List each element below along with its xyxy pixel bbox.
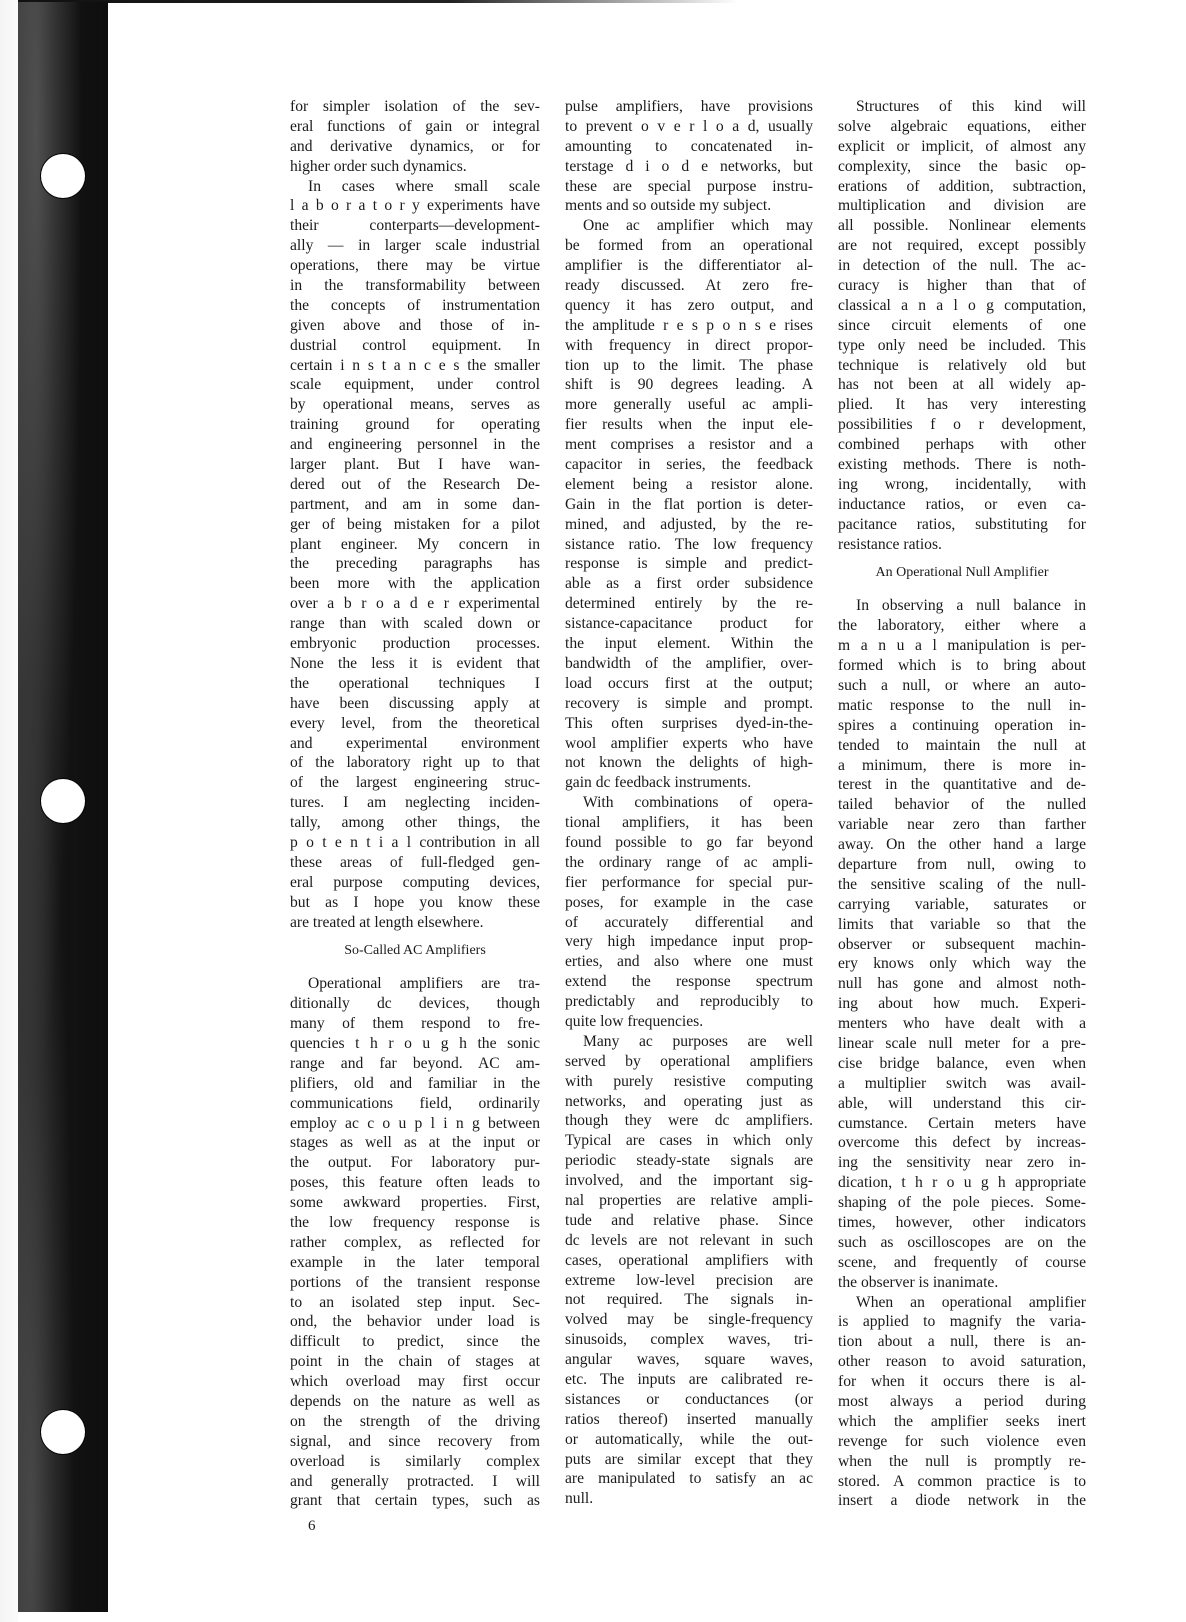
text-line: quency it has zero output, and	[565, 296, 813, 316]
text-line: technique is relatively old but	[838, 356, 1086, 376]
text-line: null has gone and almost noth-	[838, 974, 1086, 994]
text-line: load occurs first at the output;	[565, 674, 813, 694]
text-line: sistance-capacitance product for	[565, 614, 813, 634]
text-line: though they were dc amplifiers.	[565, 1111, 813, 1131]
text-line: the preceding paragraphs has	[290, 554, 540, 574]
scan-margin	[0, 0, 18, 1622]
text-line: are not required, except possibly	[838, 236, 1086, 256]
text-line: l a b o r a t o r y experiments have	[290, 196, 540, 216]
text-line: times, however, other indicators	[838, 1213, 1086, 1233]
text-line: since circuit elements of one	[838, 316, 1086, 336]
text-line: inductance ratios, or even ca-	[838, 495, 1086, 515]
text-line: element being a resistor alone.	[565, 475, 813, 495]
text-line: in the transformability between	[290, 276, 540, 296]
text-line: bandwidth of the amplifier, over-	[565, 654, 813, 674]
text-line: angular waves, square waves,	[565, 1350, 813, 1370]
text-line: quencies t h r o u g h the sonic	[290, 1034, 540, 1054]
text-line: cumstance. Certain meters have	[838, 1114, 1086, 1134]
text-line: tude and relative phase. Since	[565, 1211, 813, 1231]
text-line: other reason to avoid saturation,	[838, 1352, 1086, 1372]
text-line: capacitor in series, the feedback	[565, 455, 813, 475]
text-line: example in the later temporal	[290, 1253, 540, 1273]
text-line: scene, and frequently of course	[838, 1253, 1086, 1273]
text-line: ing the sensitivity near zero in-	[838, 1153, 1086, 1173]
punch-hole-icon	[41, 154, 85, 198]
text-line: but as I hope you know these	[290, 893, 540, 913]
text-line: dustrial control equipment. In	[290, 336, 540, 356]
text-line: complexity, since the basic op-	[838, 157, 1086, 177]
text-line: such as oscilloscopes are on the	[838, 1233, 1086, 1253]
text-line: and engineering personnel in the	[290, 435, 540, 455]
text-line: determined entirely by the re-	[565, 594, 813, 614]
text-line: embryonic production processes.	[290, 634, 540, 654]
text-line: many of them respond to fre-	[290, 1014, 540, 1034]
text-line: networks, and operating just as	[565, 1092, 813, 1112]
text-line: higher order such dynamics.	[290, 157, 540, 177]
paragraph: for simpler isolation of the sev-eral fu…	[290, 97, 540, 177]
text-line: a multiplier switch was avail-	[838, 1074, 1086, 1094]
binder-strip	[18, 2, 108, 1612]
text-line: are manipulated to satisfy an ac	[565, 1469, 813, 1489]
text-line: involved, and the important sig-	[565, 1171, 813, 1191]
text-line: the ordinary range of ac ampli-	[565, 853, 813, 873]
text-line: recovery is simple and prompt.	[565, 694, 813, 714]
text-line: is applied to magnify the varia-	[838, 1312, 1086, 1332]
text-line: signal, and since recovery from	[290, 1432, 540, 1452]
text-line: tended to maintain the null at	[838, 736, 1086, 756]
text-line: existing methods. There is noth-	[838, 455, 1086, 475]
text-line: by operational means, serves as	[290, 395, 540, 415]
text-line: insert a diode network in the	[838, 1491, 1086, 1511]
paragraph: Structures of this kind willsolve algebr…	[838, 97, 1086, 554]
text-line: None the less it is evident that	[290, 654, 540, 674]
text-line: plied. It has very interesting	[838, 395, 1086, 415]
text-line: ally — in larger scale industrial	[290, 236, 540, 256]
text-line: tion about a null, there is an-	[838, 1332, 1086, 1352]
text-line: poses, for example in the case	[565, 893, 813, 913]
text-line: Operational amplifiers are tra-	[290, 974, 540, 994]
text-line: This often surprises dyed-in-the-	[565, 714, 813, 734]
text-line: carrying variable, saturates or	[838, 895, 1086, 915]
text-line: communications field, ordinarily	[290, 1094, 540, 1114]
text-line: linear scale null meter for a pre-	[838, 1034, 1086, 1054]
text-line: tures. I am neglecting inciden-	[290, 793, 540, 813]
text-line: Many ac purposes are well	[565, 1032, 813, 1052]
text-line: all possible. Nonlinear elements	[838, 216, 1086, 236]
text-line: tally, among other things, the	[290, 813, 540, 833]
paragraph: In observing a null balance inthe labora…	[838, 596, 1086, 1292]
text-line: pacitance ratios, substituting for	[838, 515, 1086, 535]
text-line: cases, operational amplifiers with	[565, 1251, 813, 1271]
text-line: terstage d i o d e networks, but	[565, 157, 813, 177]
text-line: some awkward properties. First,	[290, 1193, 540, 1213]
text-line: of accurately differential and	[565, 913, 813, 933]
text-line: tailed behavior of the nulled	[838, 795, 1086, 815]
text-line: shaping of the pole pieces. Some-	[838, 1193, 1086, 1213]
text-line: In observing a null balance in	[838, 596, 1086, 616]
text-line: ment comprises a resistor and a	[565, 435, 813, 455]
text-line: mined, and adjusted, by the re-	[565, 515, 813, 535]
text-line: cise bridge balance, even when	[838, 1054, 1086, 1074]
text-line: not known the delights of high-	[565, 753, 813, 773]
text-line: limits that variable so that the	[838, 915, 1086, 935]
text-line: for when it occurs there is al-	[838, 1372, 1086, 1392]
text-line: observer or subsequent machin-	[838, 935, 1086, 955]
text-line: volved may be single-frequency	[565, 1310, 813, 1330]
punch-hole-icon	[41, 1410, 85, 1454]
text-line: served by operational amplifiers	[565, 1052, 813, 1072]
text-line: etc. The inputs are calibrated re-	[565, 1370, 813, 1390]
text-line: puts are similar except that they	[565, 1450, 813, 1470]
text-line: partment, and am in some dan-	[290, 495, 540, 515]
text-line: more generally useful ac ampli-	[565, 395, 813, 415]
text-line: these areas of full-fledged gen-	[290, 853, 540, 873]
text-line: the output. For laboratory pur-	[290, 1153, 540, 1173]
text-line: larger plant. But I have wan-	[290, 455, 540, 475]
text-line: explicit or implicit, of almost any	[838, 137, 1086, 157]
section-heading: An Operational Null Amplifier	[838, 563, 1086, 583]
text-line: the laboratory, either where a	[838, 616, 1086, 636]
text-line: ing wrong, incidentally, with	[838, 475, 1086, 495]
text-line: Structures of this kind will	[838, 97, 1086, 117]
text-line: dc levels are not relevant in such	[565, 1231, 813, 1251]
text-line: employ ac c o u p l i n g between	[290, 1114, 540, 1134]
text-line: ments and so outside my subject.	[565, 196, 813, 216]
text-line: plifiers, old and familiar in the	[290, 1074, 540, 1094]
text-line: extend the response spectrum	[565, 972, 813, 992]
text-line: when the null is promptly re-	[838, 1452, 1086, 1472]
text-line: training ground for operating	[290, 415, 540, 435]
text-line: shift is 90 degrees leading. A	[565, 375, 813, 395]
text-line: has not been at all widely ap-	[838, 375, 1086, 395]
text-line: fier performance for special pur-	[565, 873, 813, 893]
text-line: departure from null, owing to	[838, 855, 1086, 875]
text-line: ing about how much. Experi-	[838, 994, 1086, 1014]
text-line: and generally protracted. I will	[290, 1472, 540, 1492]
text-line: these are special purpose instru-	[565, 177, 813, 197]
text-line: ger of being mistaken for a pilot	[290, 515, 540, 535]
text-line: be formed from an operational	[565, 236, 813, 256]
text-line: depends on the nature as well as	[290, 1392, 540, 1412]
text-line: When an operational amplifier	[838, 1293, 1086, 1313]
text-line: gain dc feedback instruments.	[565, 773, 813, 793]
text-line: range than with scaled down or	[290, 614, 540, 634]
text-line: given above and those of in-	[290, 316, 540, 336]
text-line: resistance ratios.	[838, 535, 1086, 555]
text-line: quite low frequencies.	[565, 1012, 813, 1032]
text-line: multiplication and division are	[838, 196, 1086, 216]
text-line: of the largest engineering struc-	[290, 773, 540, 793]
paragraph: In cases where small scalel a b o r a t …	[290, 177, 540, 933]
text-column-3: Structures of this kind willsolve algebr…	[838, 97, 1086, 1511]
text-line: formed which is to bring about	[838, 656, 1086, 676]
text-column-1: for simpler isolation of the sev-eral fu…	[290, 97, 540, 1511]
text-line: of the laboratory right up to that	[290, 753, 540, 773]
text-line: p o t e n t i a l contribution in all	[290, 833, 540, 853]
text-line: grant that certain types, such as	[290, 1491, 540, 1511]
text-line: the sensitive scaling of the null-	[838, 875, 1086, 895]
text-line: rather complex, as reflected for	[290, 1233, 540, 1253]
text-line: operations, there may be virtue	[290, 256, 540, 276]
paragraph: When an operational amplifieris applied …	[838, 1293, 1086, 1512]
text-line: able, will understand this cir-	[838, 1094, 1086, 1114]
text-line: plant engineer. My concern in	[290, 535, 540, 555]
text-line: point in the chain of stages at	[290, 1352, 540, 1372]
text-line: scale equipment, under control	[290, 375, 540, 395]
text-line: found possible to go far beyond	[565, 833, 813, 853]
text-line: for simpler isolation of the sev-	[290, 97, 540, 117]
page-number: 6	[308, 1518, 316, 1535]
text-line: on the strength of the driving	[290, 1412, 540, 1432]
paragraph: Operational amplifiers are tra-ditionall…	[290, 974, 540, 1511]
text-line: their conterparts—development-	[290, 216, 540, 236]
text-line: Typical are cases in which only	[565, 1131, 813, 1151]
text-line: nal properties are relative ampli-	[565, 1191, 813, 1211]
text-line: sistances or conductances (or	[565, 1390, 813, 1410]
text-line: tion up to the limit. The phase	[565, 356, 813, 376]
text-line: to an isolated step input. Sec-	[290, 1293, 540, 1313]
text-line: revenge for such violence even	[838, 1432, 1086, 1452]
text-line: which the amplifier seeks inert	[838, 1412, 1086, 1432]
text-line: the operational techniques I	[290, 674, 540, 694]
text-line: with purely resistive computing	[565, 1072, 813, 1092]
text-line: curacy is higher than that of	[838, 276, 1086, 296]
text-line: eral purpose computing devices,	[290, 873, 540, 893]
text-line: In cases where small scale	[290, 177, 540, 197]
text-line: in detection of the null. The ac-	[838, 256, 1086, 276]
paragraph: With combinations of opera-tional amplif…	[565, 793, 813, 1032]
text-line: and experimental environment	[290, 734, 540, 754]
text-line: with frequency in direct propor-	[565, 336, 813, 356]
text-line: predictably and reproducibly to	[565, 992, 813, 1012]
text-line: With combinations of opera-	[565, 793, 813, 813]
text-line: Gain in the flat portion is deter-	[565, 495, 813, 515]
text-line: stored. A common practice is to	[838, 1472, 1086, 1492]
text-line: stages as well as at the input or	[290, 1133, 540, 1153]
text-line: sinusoids, complex waves, tri-	[565, 1330, 813, 1350]
text-line: classical a n a l o g computation,	[838, 296, 1086, 316]
paragraph: Many ac purposes are wellserved by opera…	[565, 1032, 813, 1509]
text-line: periodic steady-state signals are	[565, 1151, 813, 1171]
text-line: combined perhaps with other	[838, 435, 1086, 455]
text-line: overload is similarly complex	[290, 1452, 540, 1472]
text-line: such a null, or where an auto-	[838, 676, 1086, 696]
text-line: sistance ratio. The low frequency	[565, 535, 813, 555]
text-line: very high impedance input prop-	[565, 932, 813, 952]
punch-hole-icon	[41, 779, 85, 823]
text-line: the concepts of instrumentation	[290, 296, 540, 316]
text-line: spires a continuing operation in-	[838, 716, 1086, 736]
text-line: to prevent o v e r l o a d, usually	[565, 117, 813, 137]
text-line: dication, t h r o u g h appropriate	[838, 1173, 1086, 1193]
text-line: and derivative dynamics, or for	[290, 137, 540, 157]
paragraph: One ac amplifier which maybe formed from…	[565, 216, 813, 793]
text-line: menters who have dealt with a	[838, 1014, 1086, 1034]
text-line: erties, and also where one must	[565, 952, 813, 972]
text-line: erations of addition, subtraction,	[838, 177, 1086, 197]
scan-top-edge	[18, 0, 738, 3]
text-line: not required. The signals in-	[565, 1290, 813, 1310]
text-line: difficult to predict, since the	[290, 1332, 540, 1352]
paragraph: pulse amplifiers, have provisionsto prev…	[565, 97, 813, 216]
text-line: possibilities f o r development,	[838, 415, 1086, 435]
text-line: the amplitude r e s p o n s e rises	[565, 316, 813, 336]
text-line: dered out of the Research De-	[290, 475, 540, 495]
text-line: m a n u a l manipulation is per-	[838, 636, 1086, 656]
text-line: pulse amplifiers, have provisions	[565, 97, 813, 117]
text-column-2: pulse amplifiers, have provisionsto prev…	[565, 97, 813, 1509]
text-line: wool amplifier experts who have	[565, 734, 813, 754]
text-line: which overload may first occur	[290, 1372, 540, 1392]
section-heading: So-Called AC Amplifiers	[290, 941, 540, 961]
text-line: away. On the other hand a large	[838, 835, 1086, 855]
text-line: the observer is inanimate.	[838, 1273, 1086, 1293]
text-line: ery knows only which way the	[838, 954, 1086, 974]
text-line: terest in the quantitative and de-	[838, 775, 1086, 795]
text-line: solve algebraic equations, either	[838, 117, 1086, 137]
text-line: response is simple and predict-	[565, 554, 813, 574]
text-line: every level, from the theoretical	[290, 714, 540, 734]
text-line: ond, the behavior under load is	[290, 1312, 540, 1332]
text-line: tional amplifiers, it has been	[565, 813, 813, 833]
text-line: ready discussed. At zero fre-	[565, 276, 813, 296]
text-line: null.	[565, 1489, 813, 1509]
text-line: amounting to concatenated in-	[565, 137, 813, 157]
text-line: over a b r o a d e r experimental	[290, 594, 540, 614]
text-line: extreme low-level precision are	[565, 1271, 813, 1291]
text-line: been more with the application	[290, 574, 540, 594]
text-line: are treated at length elsewhere.	[290, 913, 540, 933]
text-line: One ac amplifier which may	[565, 216, 813, 236]
text-line: ratios thereof) inserted manually	[565, 1410, 813, 1430]
text-line: fier results when the input ele-	[565, 415, 813, 435]
text-line: variable near zero than farther	[838, 815, 1086, 835]
text-line: type only need be included. This	[838, 336, 1086, 356]
text-line: portions of the transient response	[290, 1273, 540, 1293]
text-line: eral functions of gain or integral	[290, 117, 540, 137]
text-line: amplifier is the differentiator al-	[565, 256, 813, 276]
text-line: overcome this defect by increas-	[838, 1133, 1086, 1153]
text-line: able as a first order subsidence	[565, 574, 813, 594]
text-line: ditionally dc devices, though	[290, 994, 540, 1014]
text-line: matic response to the null in-	[838, 696, 1086, 716]
text-line: most always a period during	[838, 1392, 1086, 1412]
text-line: certain i n s t a n c e s the smaller	[290, 356, 540, 376]
text-line: the input element. Within the	[565, 634, 813, 654]
text-line: poses, this feature often leads to	[290, 1173, 540, 1193]
text-line: range and far beyond. AC am-	[290, 1054, 540, 1074]
text-line: the low frequency response is	[290, 1213, 540, 1233]
text-line: or automatically, while the out-	[565, 1430, 813, 1450]
text-line: a minimum, there is more in-	[838, 756, 1086, 776]
text-line: have been discussing apply at	[290, 694, 540, 714]
